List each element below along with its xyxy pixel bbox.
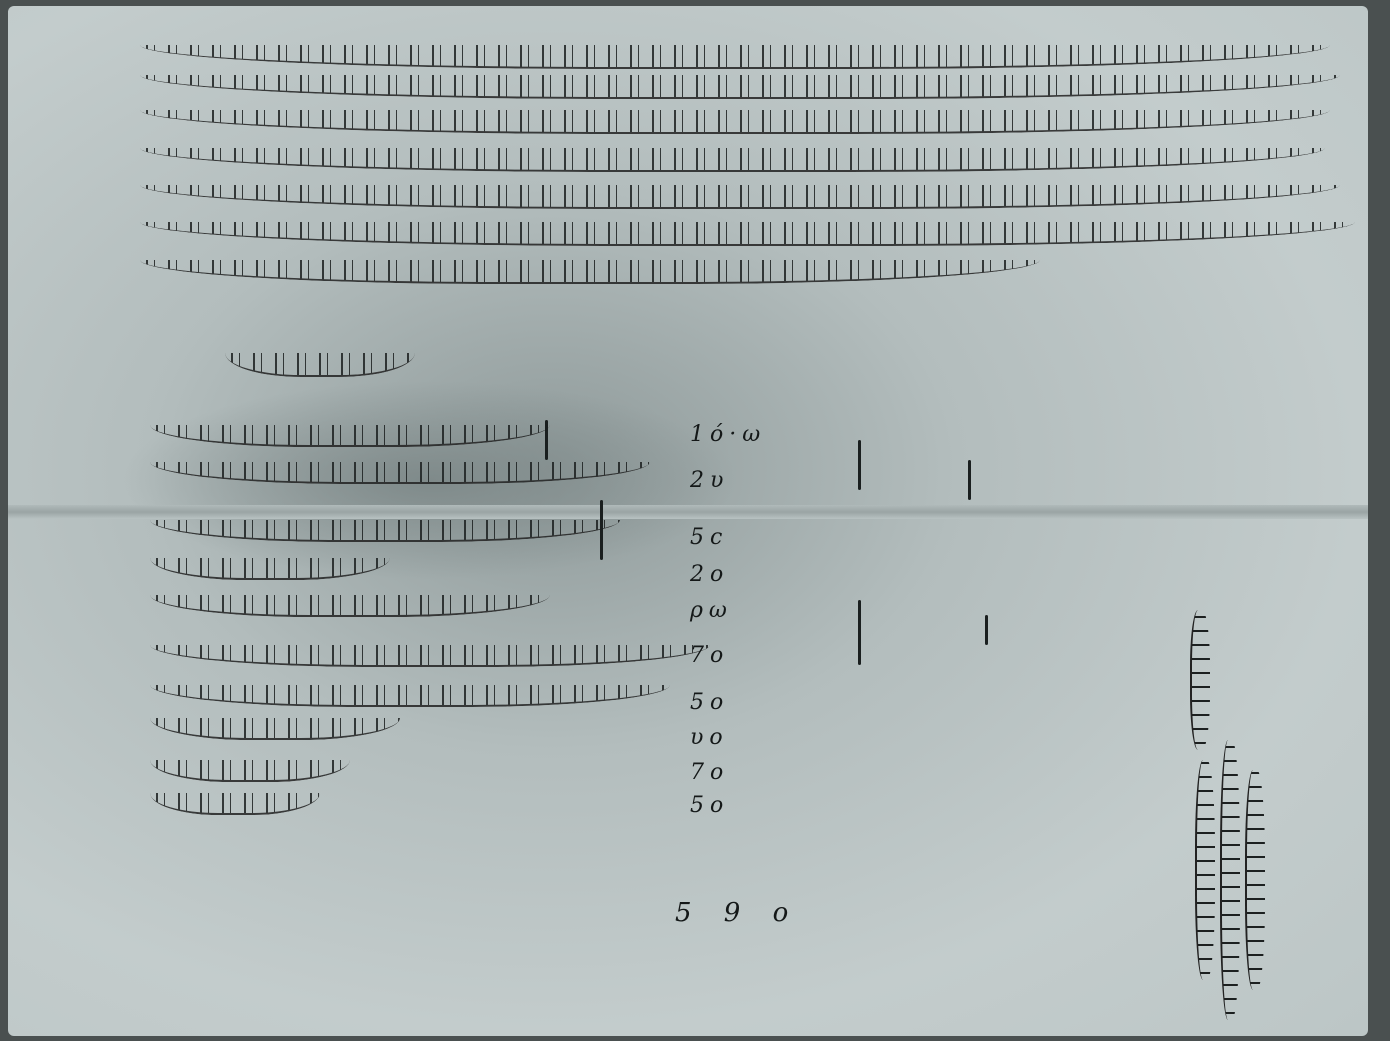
list-item: [illegible item 8]: [150, 718, 400, 738]
fold-crease: [8, 505, 1368, 519]
list-item: [illegible item 7]: [150, 685, 670, 705]
list-item: [illegible item 3]: [150, 520, 620, 540]
list-heading: [illegible heading]: [225, 353, 415, 375]
text-line: [illegible line 4]: [140, 148, 1325, 170]
text-line: [illegible line 6]: [140, 222, 1355, 244]
list-item: [illegible item 9]: [150, 760, 350, 780]
list-item: [illegible item 10]: [150, 793, 320, 813]
text-line: [illegible line 7]: [140, 260, 1040, 282]
amount: 7o: [690, 643, 770, 668]
text-line: [illegible line 5]: [140, 185, 1340, 207]
amount: 2υ: [690, 468, 770, 493]
total-amount: 5 9 o: [675, 898, 800, 928]
margin-note: [illegible vertical marginal note, 3 lin…: [1180, 610, 1270, 1020]
list-item: [illegible item 2]: [150, 462, 650, 482]
text-line: [illegible line 1]: [140, 45, 1330, 67]
list-item: [illegible item 6]: [150, 645, 710, 665]
text-line: [illegible line 2]: [140, 75, 1340, 97]
amount: ρω: [690, 598, 770, 623]
amount: 1ó·ω: [690, 422, 770, 447]
amount: 7o: [690, 760, 770, 785]
list-item: [illegible item 5]: [150, 595, 550, 615]
amount: 5c: [690, 525, 770, 550]
list-item: [illegible item 4]: [150, 558, 390, 578]
amount: 5o: [690, 690, 770, 715]
amount: 5o: [690, 793, 770, 818]
amount: υo: [690, 725, 770, 750]
amount: 2o: [690, 562, 770, 587]
text-line: [illegible line 3]: [140, 110, 1330, 132]
list-item: [illegible item 1]: [150, 425, 550, 445]
